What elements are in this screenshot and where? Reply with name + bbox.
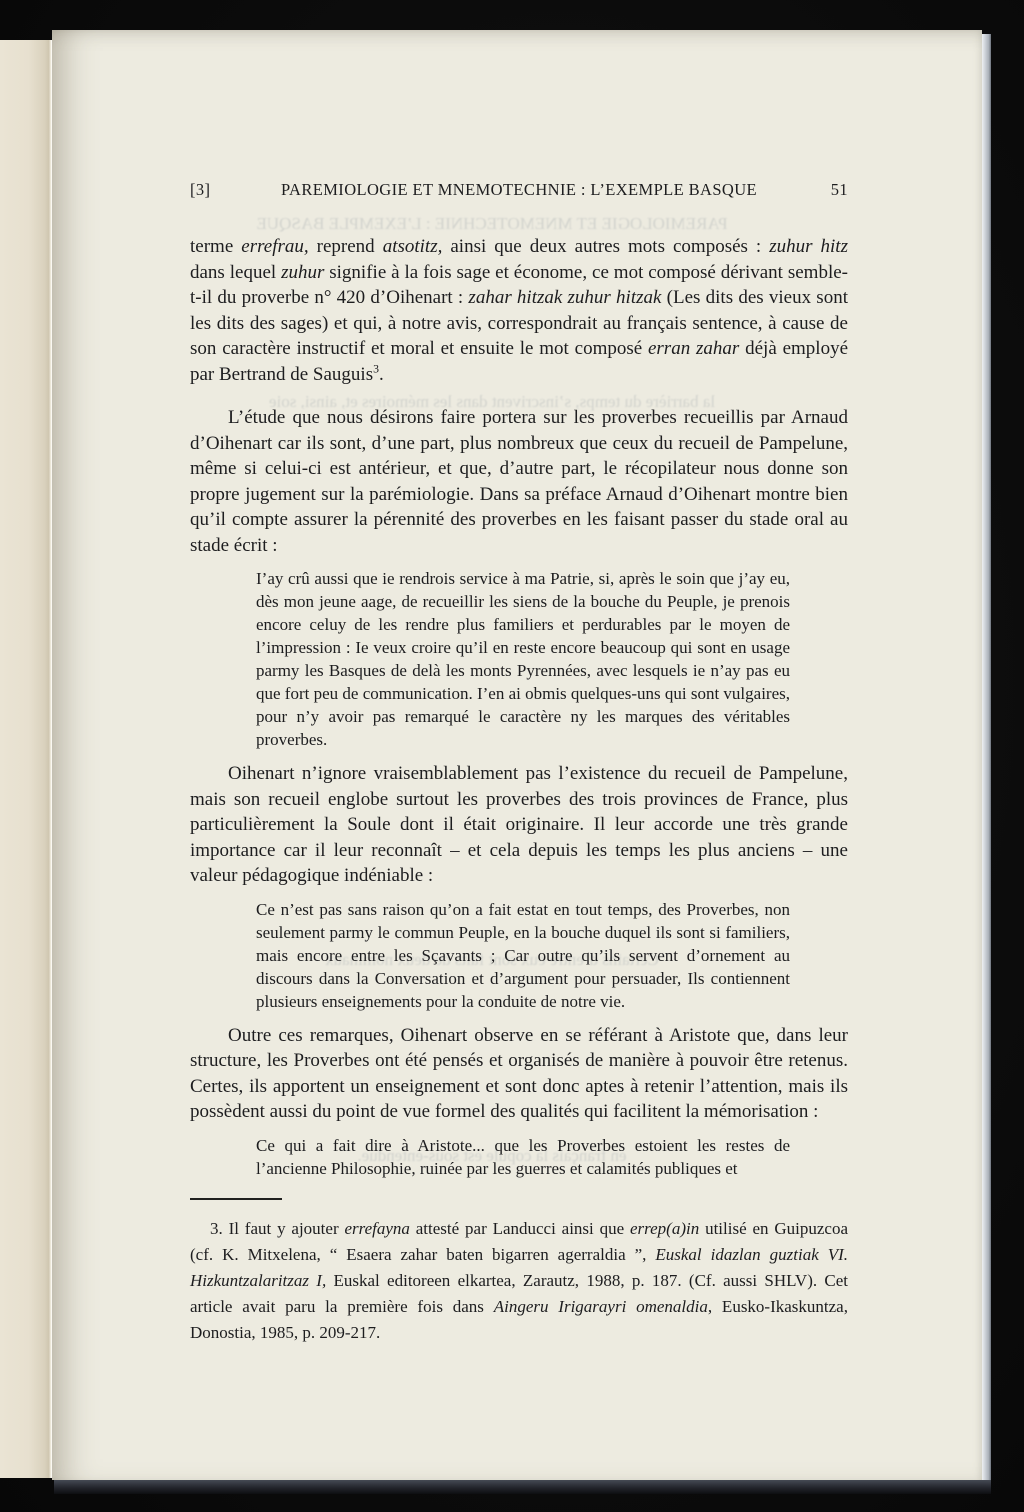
book-page: PAREMIOLOGIE ET MNEMOTECHNIE : L’EXEMPLE…: [52, 30, 982, 1480]
page-text-block: [3] PAREMIOLOGIE ET MNEMOTECHNIE : L’EXE…: [190, 180, 848, 1346]
body-paragraph-4: Outre ces remarques, Oihenart observe en…: [190, 1023, 848, 1125]
blockquote-aristote: Ce qui a fait dire à Aristote... que les…: [190, 1134, 848, 1180]
page-stack-edge: [982, 34, 991, 1484]
book-photo-backdrop: PAREMIOLOGIE ET MNEMOTECHNIE : L’EXEMPLE…: [0, 0, 1024, 1512]
page-bottom-shadow: [54, 1480, 991, 1494]
body-paragraph-1: terme errefrau, reprend atsotitz, ainsi …: [190, 234, 848, 387]
blockquote-proverbes-estat: Ce n’est pas sans raison qu’on a fait es…: [190, 898, 848, 1013]
facing-page-edge: [0, 40, 52, 1478]
footnote-3: 3. Il faut y ajouter errefayna attesté p…: [190, 1216, 848, 1346]
header-title: PAREMIOLOGIE ET MNEMOTECHNIE : L’EXEMPLE…: [260, 180, 778, 200]
body-paragraph-2: L’étude que nous désirons faire portera …: [190, 405, 848, 558]
running-header: [3] PAREMIOLOGIE ET MNEMOTECHNIE : L’EXE…: [190, 180, 848, 200]
blockquote-oihenart-preface: I’ay crû aussi que ie rendrois service à…: [190, 567, 848, 751]
footnote-separator: [190, 1198, 282, 1200]
body-paragraph-3: Oihenart n’ignore vraisemblablement pas …: [190, 761, 848, 889]
header-page-number: 51: [778, 180, 848, 200]
header-bracket-number: [3]: [190, 180, 260, 200]
